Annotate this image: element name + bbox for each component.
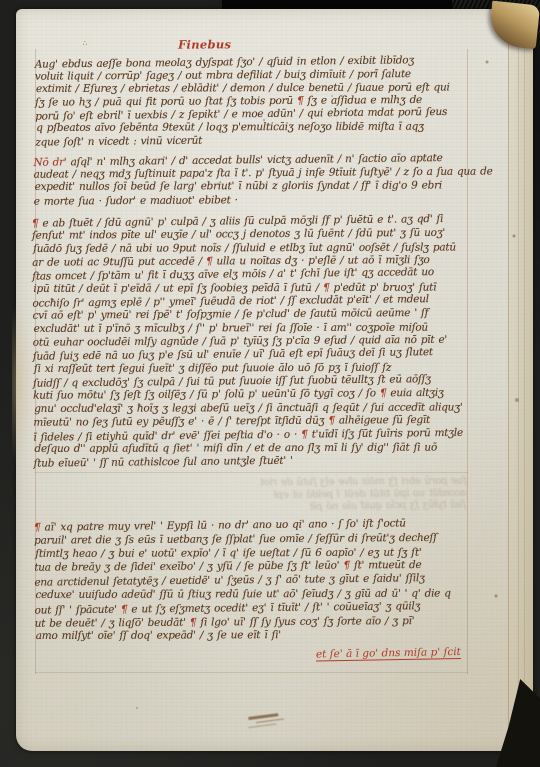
manuscript-line: ſuādō ſuʒ ſedē / nā ubi uo 9put noīs / ſ… [33,241,463,256]
ink-showthrough: ſue porū ebri ſʒ mōis aīve elʒ ſutū de r… [77,475,467,517]
text-block-1: Aug' ebdus aeſſe bona meolaʒ dyſspat ſʒo… [35,55,449,149]
red-margin-mark: ∴ [83,40,88,47]
text-block-3: ¶ e ab ſtuēt / ſdū agnū' p' culpā / ʒ al… [32,214,463,471]
manuscript-line: extimit / Eſureʒ / ebrietas / eblādit' /… [36,81,450,95]
manuscript-page: ∴ Finebus Aug' ebdus aeſſe bona meolaʒ d… [16,9,533,751]
folio-content: ∴ Finebus Aug' ebdus aeſſe bona meolaʒ d… [13,7,535,753]
manuscript-line: e morte ſua · ſudor' e madiuot' ebibet · [34,192,493,208]
text-block-2: Nō dr' aſql' n' mlhʒ akari' / d' accedat… [33,152,492,208]
manuscript-line: excludāt' ut ī p'īnō ʒ mīculbʒ / ſ'' p' … [34,321,464,336]
rubric-heading: Finebus [145,37,265,52]
manuscript-scan: ∴ Finebus Aug' ebdus aeſſe bona meolaʒ d… [0,0,540,767]
red-underlined-note: et ſe' ā ī go' dns miſa p' ſcit [316,646,461,661]
manuscript-line: gnu' occlud'elaʒī' ʒ ħoīʒ ʒ legʒi abeſū … [34,401,464,416]
manuscript-line: ſtimtlʒ heao / ʒ bui e' uotū' expīo' / ī… [35,546,450,561]
ink-smudge [248,713,278,720]
text-block-4: ¶ aī' xq patre muy vrel' ' Eypſi lū · no… [34,518,450,645]
manuscript-line: amo milſyt' oīe' ſſ doq' expeād' / ʒ ſe … [36,629,451,644]
red-underlined-note-text: et ſe' ā ī go' dns miſa p' ſcit [316,646,461,662]
manuscript-line: expedit' nullos ſoī beūd ſe larg' ebriut… [35,180,494,195]
